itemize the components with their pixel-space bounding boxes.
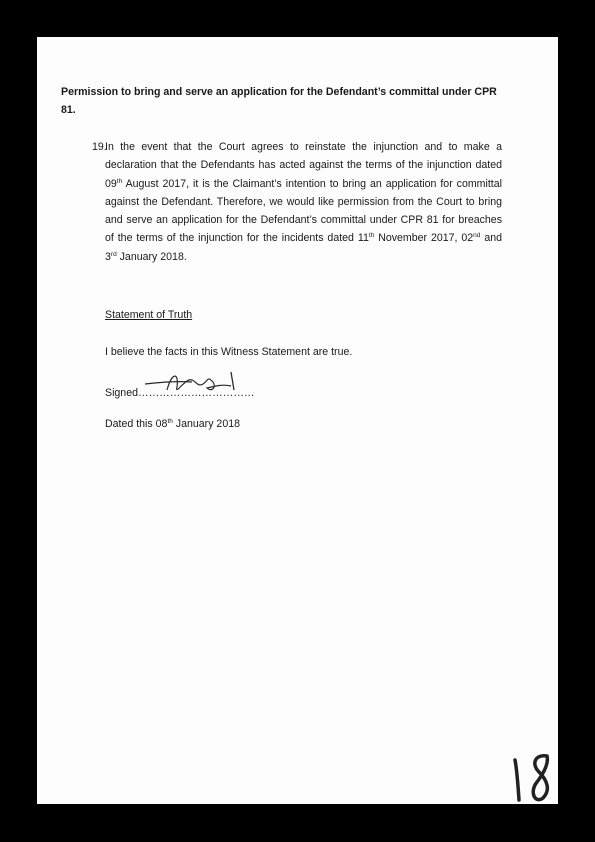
text-run: Dated this 08 <box>105 418 167 430</box>
dated-line: Dated this 08th January 2018 <box>105 418 240 430</box>
text-run: November 2017, 02 <box>374 232 473 244</box>
text-run: January 2018 <box>173 418 240 430</box>
paragraph-number: 19. <box>92 138 107 156</box>
handwritten-page-number <box>507 750 557 805</box>
paragraph-19: 19. In the event that the Court agrees t… <box>105 138 502 266</box>
paragraph-body: In the event that the Court agrees to re… <box>105 138 502 266</box>
document-page: Permission to bring and serve an applica… <box>37 37 558 804</box>
statement-of-truth-text: I believe the facts in this Witness Stat… <box>105 346 352 358</box>
section-heading: Permission to bring and serve an applica… <box>61 83 511 119</box>
statement-of-truth-title: Statement of Truth <box>105 309 192 321</box>
signed-line: Signed…………………………… <box>105 387 255 399</box>
text-run: January 2018. <box>117 251 187 263</box>
